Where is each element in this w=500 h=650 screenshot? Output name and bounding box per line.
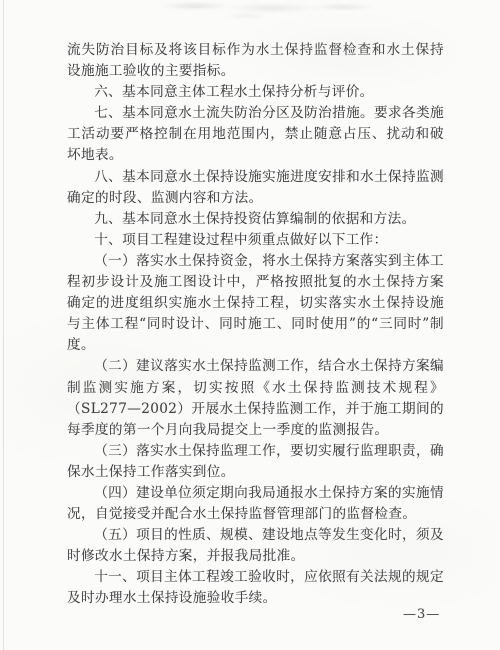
scanned-document-page: 流失防治目标及将该目标作为水土保持监督检查和水土保持设施施工验收的主要指标。六、…	[0, 0, 500, 650]
paragraph: （三）落实水土保持监理工作，要切实履行监理职责，确保水土保持工作落实到位。	[67, 441, 444, 483]
paragraph: （五）项目的性质、规模、建设地点等发生变化时，须及时修改水土保持方案，并报我局批…	[67, 525, 444, 567]
paragraph: 十一、项目主体工程竣工验收时，应依照有关法规的规定及时办理水土保持设施验收手续。	[67, 567, 444, 609]
paragraph: 六、基本同意主体工程水土保持分析与评价。	[67, 82, 444, 103]
paragraph: （四）建设单位须定期向我局通报水土保持方案的实施情况，自觉接受并配合水土保持监督…	[67, 483, 444, 525]
paragraph: （二）建议落实水土保持监测工作，结合水土保持方案编制监测实施方案，切实按照《水土…	[67, 356, 444, 440]
document-body: 流失防治目标及将该目标作为水土保持监督检查和水土保持设施施工验收的主要指标。六、…	[67, 40, 444, 610]
paragraph: 七、基本同意水土流失防治分区及防治措施。要求各类施工活动要严格控制在用地范围内，…	[67, 103, 444, 166]
page-number: —3—	[403, 607, 440, 622]
scan-smudge-artifact	[130, 0, 390, 20]
paragraph: （一）落实水土保持资金，将水土保持方案落实到主体工程初步设计及施工图设计中，严格…	[67, 251, 444, 356]
paragraph: 八、基本同意水土保持设施实施进度安排和水土保持监测确定的时段、监测内容和方法。	[67, 167, 444, 209]
scan-edge-artifact	[3, 0, 4, 650]
paragraph: 十、项目工程建设过程中须重点做好以下工作：	[67, 230, 444, 251]
paragraph: 九、基本同意水土保持投资估算编制的依据和方法。	[67, 209, 444, 230]
paragraph: 流失防治目标及将该目标作为水土保持监督检查和水土保持设施施工验收的主要指标。	[67, 40, 444, 82]
